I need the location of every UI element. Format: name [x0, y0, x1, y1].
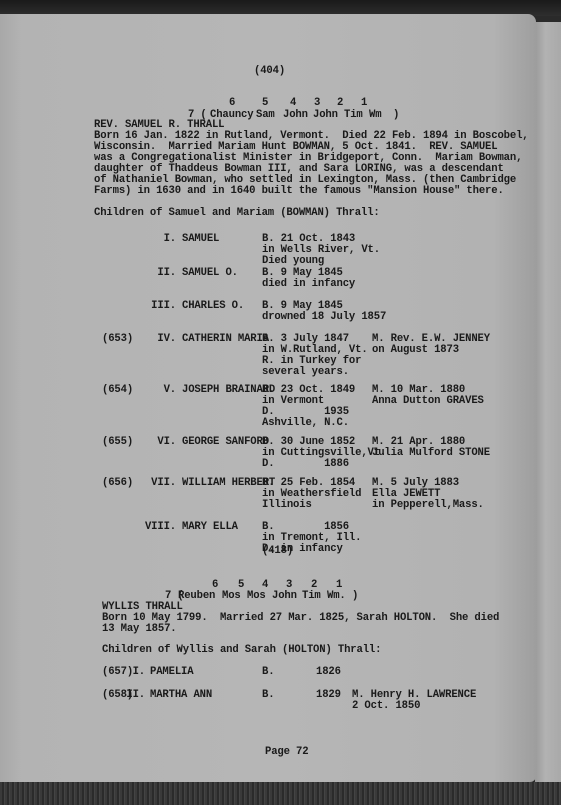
- child-marriage-detail: Julia Mulford STONE: [372, 448, 490, 459]
- child-birth-detail: died in infancy: [262, 279, 355, 290]
- child-name: CATHERIN MARIA: [182, 334, 269, 345]
- child-name: SAMUEL: [182, 234, 219, 245]
- child-numeral: VI.: [157, 437, 176, 448]
- child-name: MARTHA ANN: [150, 690, 212, 701]
- child-numeral: V.: [164, 385, 176, 396]
- ancestor-name: John: [313, 110, 338, 121]
- gen-suffix: ): [393, 110, 399, 121]
- child-numeral: VIII.: [145, 522, 176, 533]
- ancestor-name: Mos: [222, 591, 241, 602]
- child-ref-number: (654): [102, 385, 133, 396]
- child-marriage-detail: on August 1873: [372, 345, 459, 356]
- child-birth-detail: drowned 18 July 1857: [262, 312, 386, 323]
- page-reference: (404): [254, 66, 285, 77]
- family2-children-heading: Children of Wyllis and Sarah (HOLTON) Th…: [102, 645, 381, 656]
- child-name: CHARLES O.: [182, 301, 244, 312]
- child-numeral: I.: [133, 667, 145, 678]
- child-birth-detail: Ashville, N.C.: [262, 418, 349, 429]
- child-birth-label: B.: [262, 690, 274, 701]
- ancestor-name: Reuben: [178, 591, 215, 602]
- gen-number: 5: [262, 98, 268, 109]
- child-marriage-detail: 2 Oct. 1850: [352, 701, 420, 712]
- child-name: SAMUEL O.: [182, 268, 238, 279]
- gen-number: 4: [290, 98, 296, 109]
- ancestor-name: Sam: [256, 110, 275, 121]
- child-birth-detail: D. 1886: [262, 459, 349, 470]
- family1-children-heading: Children of Samuel and Mariam (BOWMAN) T…: [94, 208, 380, 219]
- document-page: (404) 6 5 4 3 2 1 7 ( Chauncy Sam John J…: [0, 14, 536, 782]
- child-marriage-detail: in Pepperell,Mass.: [372, 500, 484, 511]
- child-birth-year: 1826: [316, 667, 341, 678]
- continuation-reference: (418): [262, 546, 293, 557]
- ancestor-name: Wm: [369, 110, 381, 121]
- child-ref-number: (657): [102, 667, 133, 678]
- ancestor-name: John: [272, 591, 297, 602]
- gen-suffix: ): [352, 591, 358, 602]
- page-number: Page 72: [265, 747, 308, 758]
- child-numeral: II.: [157, 268, 176, 279]
- ancestor-name: Tim: [302, 591, 321, 602]
- child-name: MARY ELLA: [182, 522, 238, 533]
- gen-number: 6: [229, 98, 235, 109]
- scan-bottom-edge: [0, 782, 561, 805]
- ancestor-name: John: [283, 110, 308, 121]
- child-numeral: IV.: [157, 334, 176, 345]
- child-numeral: I.: [164, 234, 176, 245]
- ancestor-name: Wm.: [327, 591, 346, 602]
- child-birth-detail: several years.: [262, 367, 349, 378]
- child-birth-label: B.: [262, 667, 274, 678]
- adjacent-page-edge: [535, 22, 561, 782]
- child-name: PAMELIA: [150, 667, 193, 678]
- child-ref-number: (656): [102, 478, 133, 489]
- child-marriage-detail: Anna Dutton GRAVES: [372, 396, 484, 407]
- child-birth-detail: Illinois: [262, 500, 312, 511]
- ancestor-name: Tim: [344, 110, 363, 121]
- child-ref-number: (653): [102, 334, 133, 345]
- gen-number: 1: [361, 98, 367, 109]
- ancestor-name: Mos: [247, 591, 266, 602]
- gen-number: 3: [314, 98, 320, 109]
- bio-line: 13 May 1857.: [102, 624, 177, 635]
- child-birth-detail: Died young: [262, 256, 324, 267]
- gen-number: 2: [337, 98, 343, 109]
- child-ref-number: (655): [102, 437, 133, 448]
- bio-line: Farms) in 1630 and in 1640 built the fam…: [94, 186, 504, 197]
- child-numeral: VII.: [151, 478, 176, 489]
- child-numeral: III.: [151, 301, 176, 312]
- child-numeral: II.: [126, 690, 145, 701]
- child-birth-year: 1829: [316, 690, 341, 701]
- child-name: GEORGE SANFORD: [182, 437, 269, 448]
